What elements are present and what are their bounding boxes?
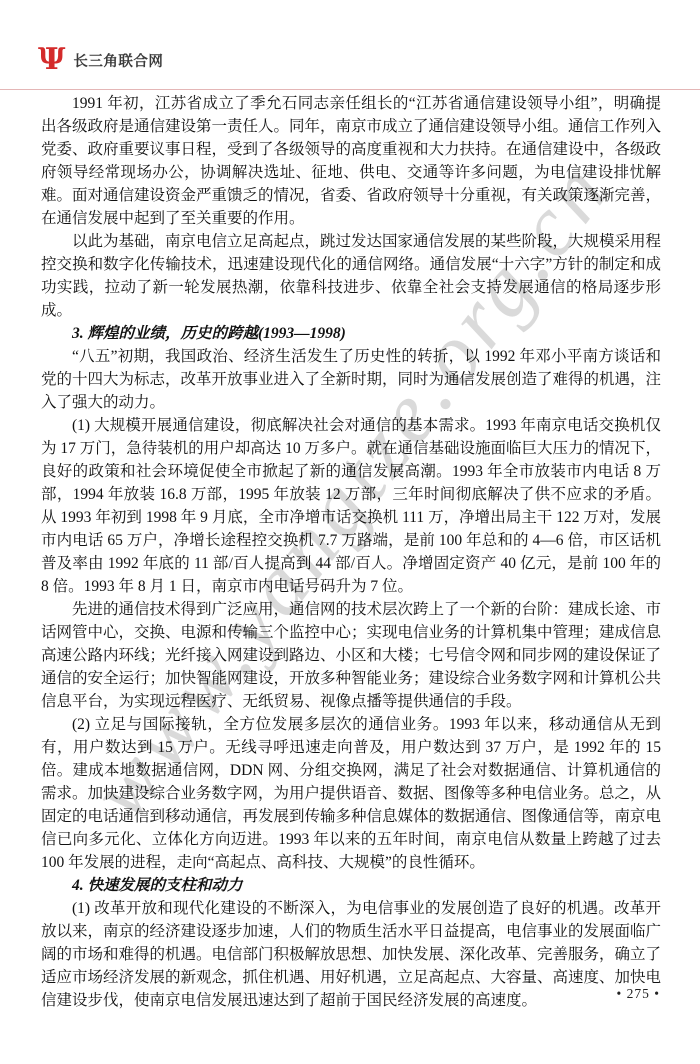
site-name: 长三角联合网 [73,50,163,71]
site-header: Ψ 长三角联合网 [38,46,163,74]
paragraph: 先进的通信技术得到广泛应用，通信网的技术层次跨上了一个新的台阶：建成长途、市话网… [41,598,661,713]
paragraph: (1) 改革开放和现代化建设的不断深入，为电信事业的发展创造了良好的机遇。改革开… [41,897,661,1012]
paragraph: (2) 立足与国际接轨，全方位发展多层次的通信业务。1993 年以来，移动通信从… [41,713,661,874]
scanned-book-page: Ψ 长三角联合网 www.yangtze.org.cn 1991 年初，江苏省成… [0,0,700,1064]
paragraph: (1) 大规模开展通信建设，彻底解决社会对通信的基本需求。1993 年南京电话交… [41,414,661,598]
page-number: • 275 • [617,986,660,1002]
header-divider [0,89,700,90]
site-logo-icon: Ψ [38,46,65,74]
paragraph: 1991 年初，江苏省成立了季允石同志亲任组长的“江苏省通信建设领导小组”，明确… [41,92,661,230]
paragraph: 以此为基础，南京电信立足高起点，跳过发达国家通信发展的某些阶段，大规模采用程控交… [41,230,661,322]
document-body: 1991 年初，江苏省成立了季允石同志亲任组长的“江苏省通信建设领导小组”，明确… [41,92,661,1012]
section-heading: 3. 辉煌的业绩，历史的跨越(1993—1998) [41,322,661,345]
section-heading: 4. 快速发展的支柱和动力 [41,874,661,897]
paragraph: “八五”初期，我国政治、经济生活发生了历史性的转折，以 1992 年邓小平南方谈… [41,345,661,414]
